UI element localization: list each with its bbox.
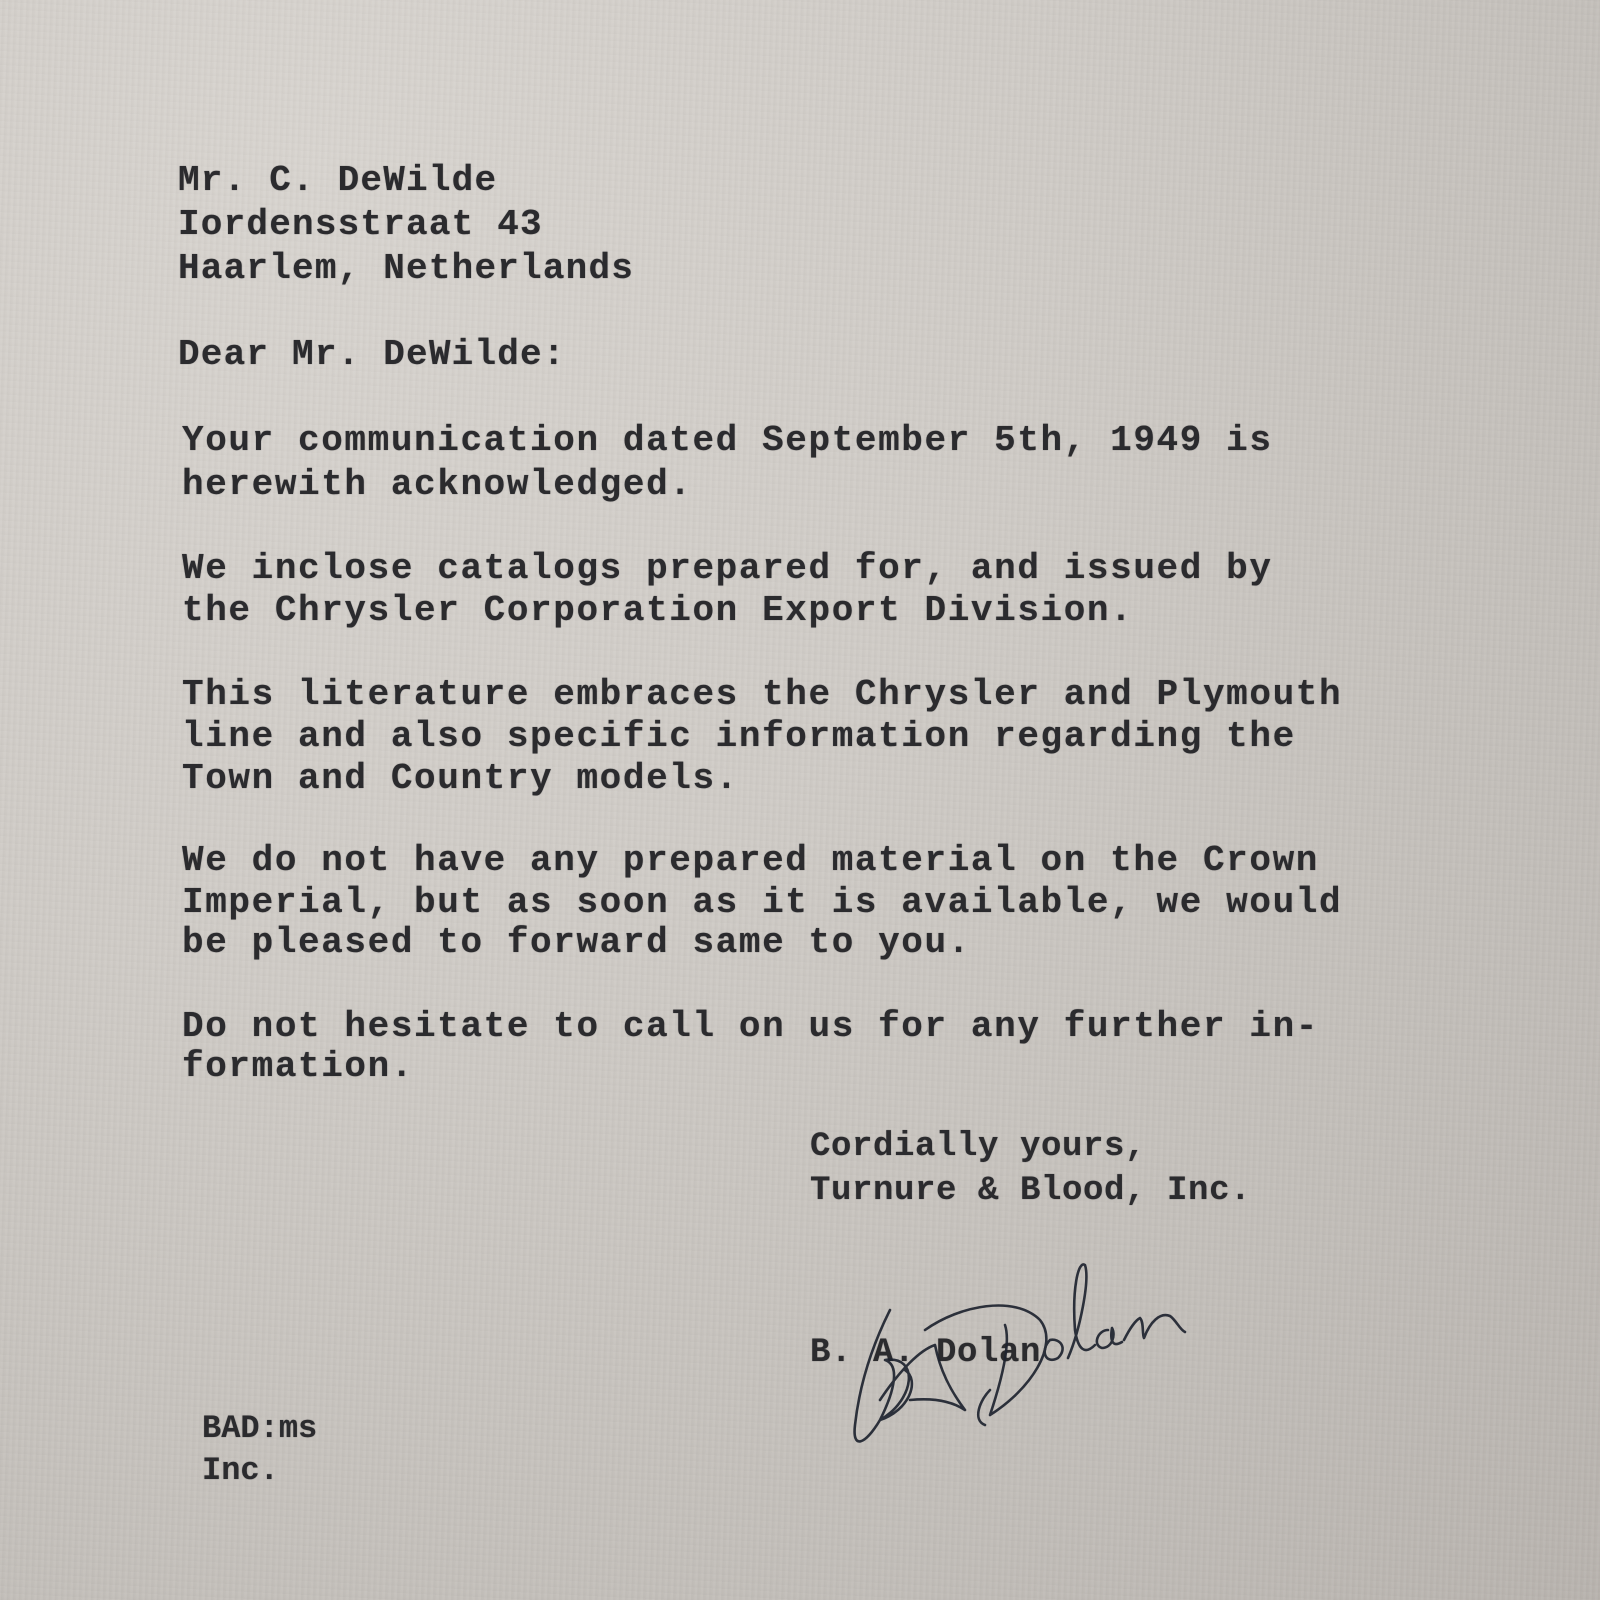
body-line: This literature embraces the Chrysler an… bbox=[182, 674, 1342, 715]
body-line: herewith acknowledged. bbox=[182, 464, 692, 505]
salutation: Dear Mr. DeWilde: bbox=[178, 334, 566, 375]
enclosure-note: Inc. bbox=[202, 1452, 279, 1489]
recipient-street: Iordensstraat 43 bbox=[178, 204, 543, 245]
reference-initials: BAD:ms bbox=[202, 1410, 317, 1447]
body-line: Imperial, but as soon as it is available… bbox=[182, 882, 1342, 923]
handwritten-signature bbox=[840, 1250, 1220, 1480]
body-line: the Chrysler Corporation Export Division… bbox=[182, 590, 1133, 631]
body-line: Do not hesitate to call on us for any fu… bbox=[182, 1006, 1319, 1047]
body-line: We inclose catalogs prepared for, and is… bbox=[182, 548, 1273, 589]
body-line: be pleased to forward same to you. bbox=[182, 922, 971, 963]
body-line: Town and Country models. bbox=[182, 758, 739, 799]
recipient-name: Mr. C. DeWilde bbox=[178, 160, 497, 201]
body-line: We do not have any prepared material on … bbox=[182, 840, 1319, 881]
recipient-city: Haarlem, Netherlands bbox=[178, 248, 634, 289]
body-line: Your communication dated September 5th, … bbox=[182, 420, 1273, 461]
closing-phrase: Cordially yours, bbox=[810, 1128, 1146, 1166]
body-line: line and also specific information regar… bbox=[182, 716, 1296, 757]
body-line: formation. bbox=[182, 1046, 414, 1087]
company-name: Turnure & Blood, Inc. bbox=[810, 1172, 1251, 1210]
